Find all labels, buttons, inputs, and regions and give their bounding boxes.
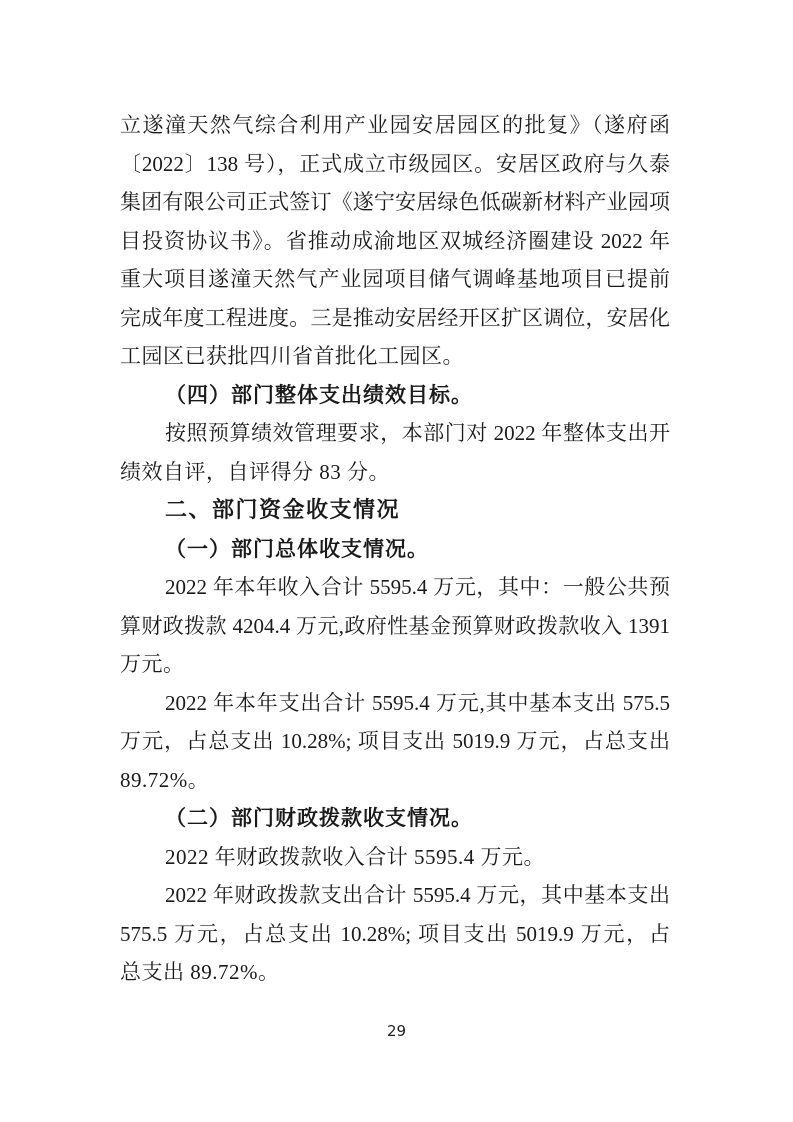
text-line: （一）部门总体收支情况。 <box>120 530 670 569</box>
text-line: 绩效自评，自评得分 83 分。 <box>120 453 670 492</box>
text-block: 立遂潼天然气综合利用产业园安居园区的批复》（遂府函〔2022〕138 号），正式… <box>120 106 670 992</box>
text-line: 完成年度工程进度。三是推动安居经开区扩区调位，安居化 <box>120 299 670 338</box>
text-line: 目投资协议书》。省推动成渝地区双城经济圈建设 2022 年 <box>120 222 670 261</box>
text-line: 89.72%。 <box>120 761 670 800</box>
page-footer: 29 <box>0 1022 793 1041</box>
text-line: 2022 年本年收入合计 5595.4 万元，其中：一般公共预 <box>120 568 670 607</box>
text-line: 2022 年财政拨款收入合计 5595.4 万元。 <box>120 838 670 877</box>
text-line: 二、部门资金收支情况 <box>120 491 670 530</box>
text-line: 万元，占总支出 10.28%; 项目支出 5019.9 万元，占总支出 <box>120 722 670 761</box>
text-line: 2022 年本年支出合计 5595.4 万元,其中基本支出 575.5 <box>120 684 670 723</box>
text-line: 575.5 万元，占总支出 10.28%; 项目支出 5019.9 万元，占 <box>120 915 670 954</box>
text-line: 重大项目遂潼天然气产业园项目储气调峰基地项目已提前 <box>120 260 670 299</box>
text-line: 集团有限公司正式签订《遂宁安居绿色低碳新材料产业园项 <box>120 183 670 222</box>
text-line: 总支出 89.72%。 <box>120 953 670 992</box>
text-line: 万元。 <box>120 645 670 684</box>
text-line: （二）部门财政拨款收支情况。 <box>120 799 670 838</box>
text-line: 〔2022〕138 号），正式成立市级园区。安居区政府与久泰 <box>120 145 670 184</box>
text-line: 立遂潼天然气综合利用产业园安居园区的批复》（遂府函 <box>120 106 670 145</box>
text-line: 2022 年财政拨款支出合计 5595.4 万元，其中基本支出 <box>120 876 670 915</box>
text-line: 按照预算绩效管理要求，本部门对 2022 年整体支出开展 <box>120 414 670 453</box>
text-line: （四）部门整体支出绩效目标。 <box>120 376 670 415</box>
text-line: 算财政拨款 4204.4 万元,政府性基金预算财政拨款收入 1391 <box>120 607 670 646</box>
document-page: 立遂潼天然气综合利用产业园安居园区的批复》（遂府函〔2022〕138 号），正式… <box>0 0 793 1122</box>
page-number: 29 <box>387 1022 406 1040</box>
text-line: 工园区已获批四川省首批化工园区。 <box>120 337 670 376</box>
